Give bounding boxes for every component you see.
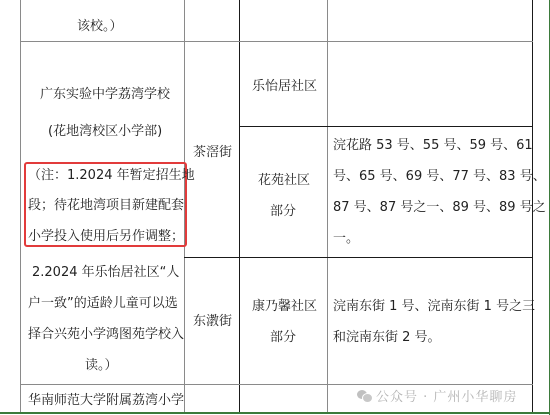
street-dongjiao: 东漖街: [193, 315, 232, 328]
community-leyiju: 乐怡居社区: [252, 80, 317, 93]
address-huayuan-line-1: 浣花路 53 号、55 号、59 号、61: [333, 139, 533, 152]
wechat-icon: [357, 390, 372, 402]
note-line-3: 小学投入使用后另作调整；: [28, 230, 184, 243]
column-divider-2: [239, 0, 240, 412]
row-divider-4: [20, 384, 533, 385]
note2-line-3: 择合兴苑小学鸿图苑学校入: [28, 328, 184, 341]
note-line-1: （注：1.2024 年暂定招生地: [28, 169, 195, 182]
watermark: 公众号 · 广州小华聊房: [357, 386, 517, 405]
school-name-line-1: 广东实验中学荔湾学校: [40, 88, 170, 101]
address-huayuan-line-3: 87 号、87 号之一、89 号、89 号之: [333, 201, 546, 214]
school-name-line-2: (花地湾校区小学部): [48, 125, 162, 138]
community-kangnaixin-line-2: 部分: [270, 331, 296, 344]
community-huayuan-line-1: 花苑社区: [258, 174, 310, 187]
row-divider-2: [239, 126, 533, 127]
note-line-2: 段；待花地湾项目新建配套: [28, 199, 184, 212]
watermark-text: 公众号 · 广州小华聊房: [376, 390, 517, 405]
row-divider-3: [184, 257, 533, 258]
note2-line-1: 2.2024 年乐怡居社区“人: [32, 266, 179, 279]
address-kangnaixin-line-2: 和浣南东街 2 号。: [333, 331, 441, 344]
street-chajiao: 茶滘街: [193, 146, 232, 159]
school-name-next: 华南师范大学附属荔湾小学: [28, 394, 184, 407]
school-text-continued: 该校。）: [77, 20, 123, 33]
note2-line-2: 户一致”的适龄儿童可以选: [28, 297, 178, 310]
frame-edge-bottom: [0, 412, 550, 414]
address-huayuan-line-2: 号、65 号、69 号、77 号、83 号、: [333, 170, 546, 183]
community-kangnaixin-line-1: 康乃馨社区: [252, 300, 317, 313]
table-border-left: [20, 0, 21, 412]
column-divider-3: [327, 0, 328, 412]
community-huayuan-line-2: 部分: [270, 205, 296, 218]
note2-line-4: 读。）: [85, 359, 118, 372]
row-divider-1: [20, 41, 533, 42]
address-kangnaixin-line-1: 浣南东街 1 号、浣南东街 1 号之三: [333, 300, 535, 313]
address-huayuan-line-4: 一。: [333, 232, 359, 245]
